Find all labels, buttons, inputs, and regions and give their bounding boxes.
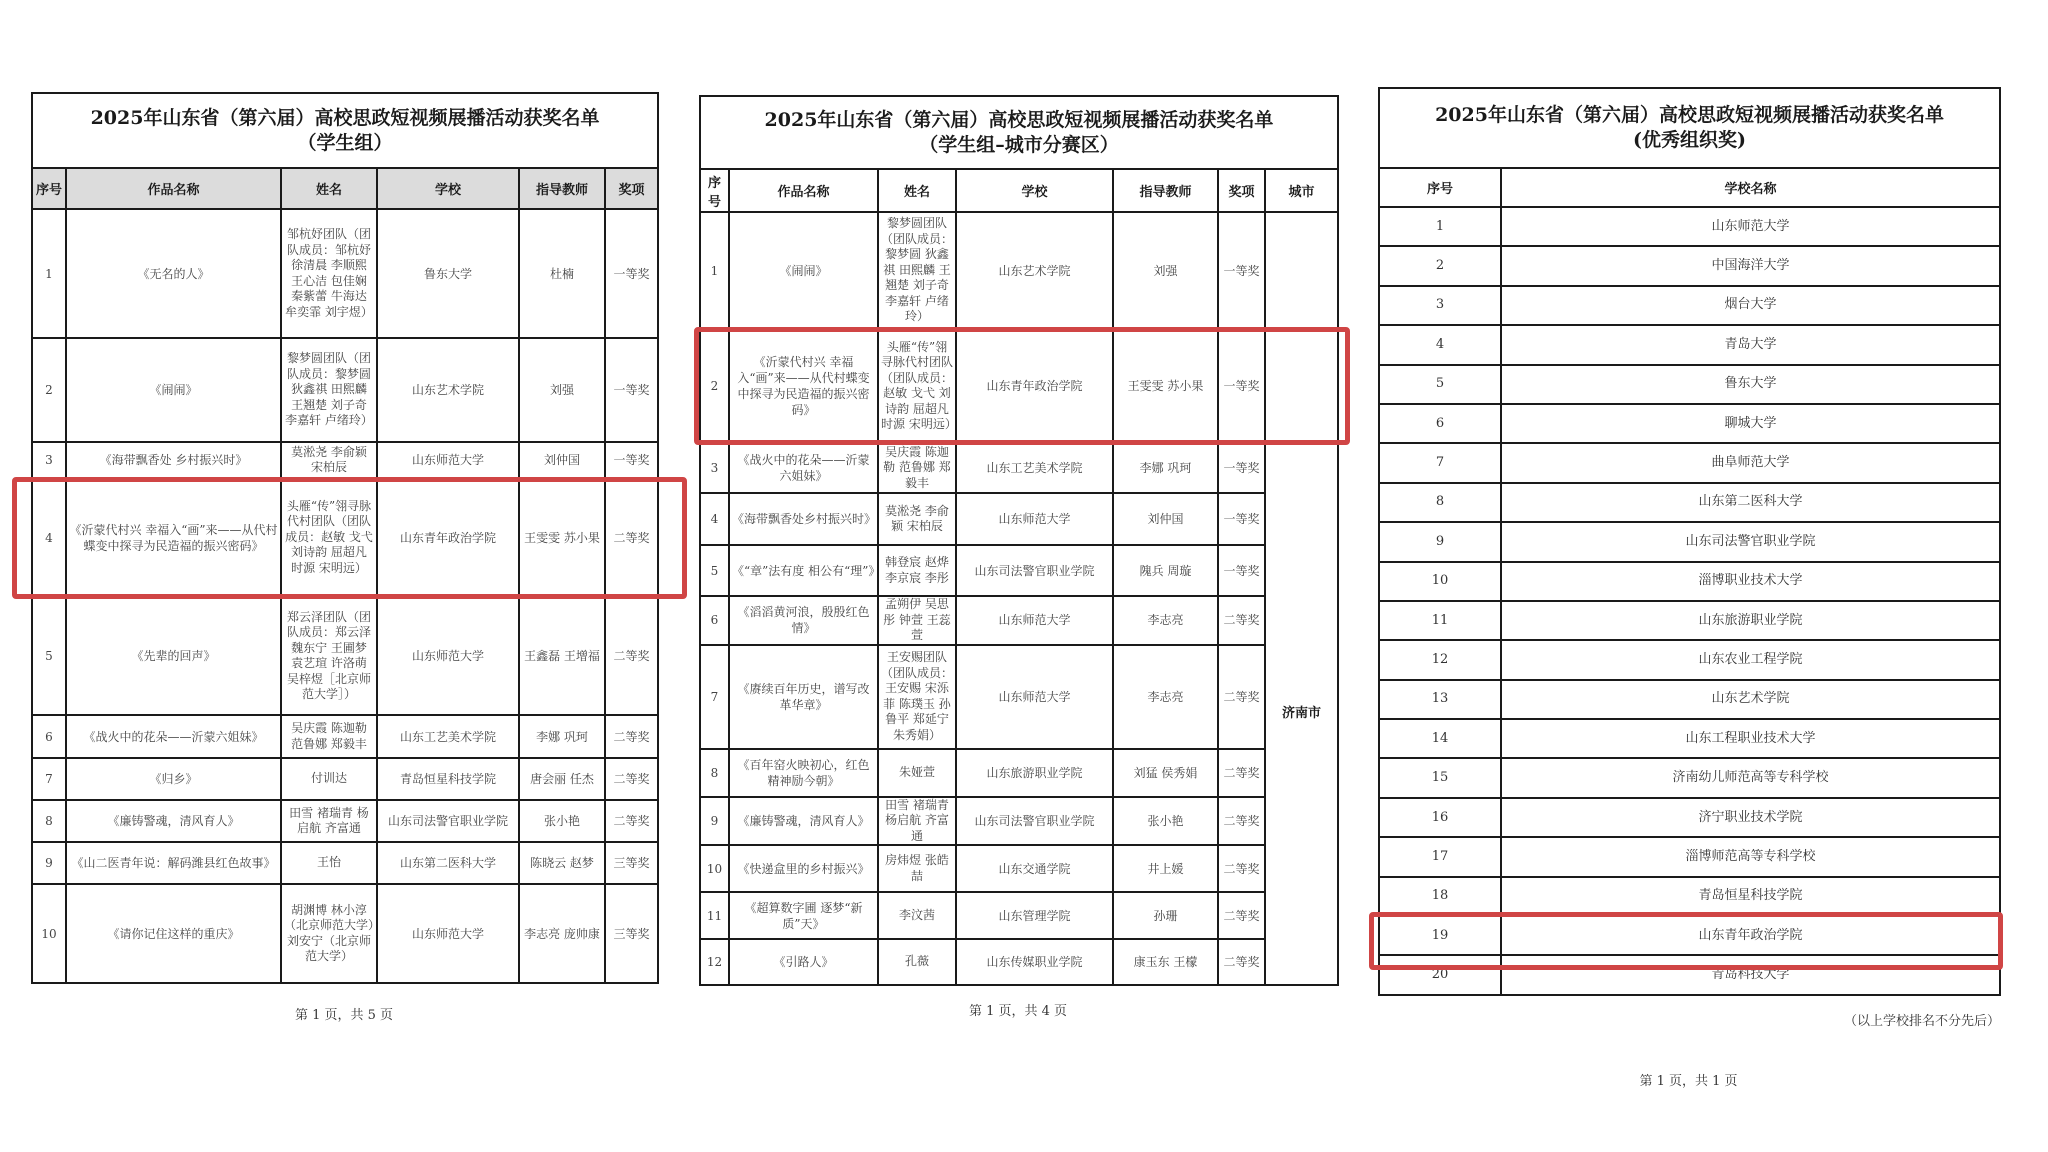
school-name: 山东师范大学 bbox=[377, 442, 519, 478]
table-row: 2中国海洋大学 bbox=[1379, 246, 2000, 285]
row-number: 11 bbox=[700, 892, 729, 939]
advisor-names: 孙珊 bbox=[1113, 892, 1218, 939]
school-name: 山东师范大学 bbox=[956, 596, 1113, 645]
award-table-organization: 2025年山东省（第六届）高校思政短视频展播活动获奖名单(优秀组织奖) 序号 学… bbox=[1378, 87, 2001, 996]
school-name: 山东司法警官职业学院 bbox=[956, 797, 1113, 846]
school-name: 山东工程职业技术大学 bbox=[1501, 719, 2000, 758]
table-row: 5《先辈的回声》郑云泽团队（团队成员：郑云泽 魏东宁 王圃梦 袁艺瑄 许洛萌 吴… bbox=[32, 597, 658, 715]
participant-names: 李汶茜 bbox=[878, 892, 956, 939]
table-row: 19山东青年政治学院 bbox=[1379, 916, 2000, 955]
sheet-student-group: 2025年山东省（第六届）高校思政短视频展播活动获奖名单（学生组） 序号 作品名… bbox=[31, 92, 657, 984]
school-name: 淄博职业技术大学 bbox=[1501, 562, 2000, 601]
school-name: 山东传媒职业学院 bbox=[956, 939, 1113, 985]
row-number: 6 bbox=[32, 715, 66, 758]
school-name: 山东司法警官职业学院 bbox=[377, 800, 519, 842]
table-row: 10《请你记住这样的重庆》胡渊博 林小淳（北京师范大学）刘安宁（北京师范大学）山… bbox=[32, 884, 658, 983]
work-title: 《海带飘香处 乡村振兴时》 bbox=[66, 442, 281, 478]
table-row: 10《快递盒里的乡村振兴》房炜煜 张皓喆山东交通学院井上媛二等奖 bbox=[700, 845, 1338, 892]
work-title: 《战火中的花朵——沂蒙六姐妹》 bbox=[729, 443, 878, 493]
school-name: 山东工艺美术学院 bbox=[377, 715, 519, 758]
table-row: 7《归乡》付训达青岛恒星科技学院唐会丽 任杰二等奖 bbox=[32, 758, 658, 800]
award-level: 二等奖 bbox=[1218, 596, 1265, 645]
row-number: 10 bbox=[32, 884, 66, 983]
participant-names: 田雪 褚瑞青 杨启航 齐富通 bbox=[878, 797, 956, 846]
row-number: 5 bbox=[700, 545, 729, 596]
advisor-names: 隗兵 周璇 bbox=[1113, 545, 1218, 596]
row-number: 5 bbox=[32, 597, 66, 715]
table-row: 4《沂蒙代村兴 幸福入“画”来——从代村蝶变中探寻为民造福的振兴密码》头雁“传”… bbox=[32, 478, 658, 597]
work-title: 《沂蒙代村兴 幸福入“画”来——从代村蝶变中探寻为民造福的振兴密码》 bbox=[729, 329, 878, 443]
row-number: 7 bbox=[700, 645, 729, 749]
award-level: 二等奖 bbox=[1218, 845, 1265, 892]
table-row: 1山东师范大学 bbox=[1379, 207, 2000, 246]
table-row: 6《战火中的花朵——沂蒙六姐妹》吴庆霞 陈迦勒 范鲁娜 郑毅丰山东工艺美术学院李… bbox=[32, 715, 658, 758]
award-level: 一等奖 bbox=[1218, 212, 1265, 329]
table-row: 8《廉铸警魂，清风育人》田雪 褚瑞青 杨启航 齐富通山东司法警官职业学院张小艳二… bbox=[32, 800, 658, 842]
advisor-names: 康玉东 王檬 bbox=[1113, 939, 1218, 985]
row-number: 2 bbox=[700, 329, 729, 443]
row-number: 17 bbox=[1379, 837, 1501, 876]
school-name: 山东师范大学 bbox=[377, 597, 519, 715]
advisor-names: 李娜 巩珂 bbox=[519, 715, 605, 758]
advisor-names: 李志亮 bbox=[1113, 645, 1218, 749]
sheet-title: 2025年山东省（第六届）高校思政短视频展播活动获奖名单（学生组） bbox=[32, 93, 658, 168]
school-name: 山东师范大学 bbox=[956, 645, 1113, 749]
row-number: 12 bbox=[1379, 640, 1501, 679]
advisor-names: 刘仲国 bbox=[519, 442, 605, 478]
row-number: 18 bbox=[1379, 877, 1501, 916]
table-row: 6《滔滔黄河浪，殷殷红色情》孟朔伊 吴思彤 钟萱 王蕊萱山东师范大学李志亮二等奖 bbox=[700, 596, 1338, 645]
sheet-subtitle: (优秀组织奖) bbox=[1380, 128, 1999, 153]
work-title: 《赓续百年历史，谱写改革华章》 bbox=[729, 645, 878, 749]
work-title: 《廉铸警魂，清风育人》 bbox=[66, 800, 281, 842]
school-name: 烟台大学 bbox=[1501, 286, 2000, 325]
row-number: 6 bbox=[700, 596, 729, 645]
participant-names: 吴庆霞 陈迦勒 范鲁娜 郑毅丰 bbox=[878, 443, 956, 493]
school-name: 淄博师范高等专科学校 bbox=[1501, 837, 2000, 876]
advisor-names: 刘强 bbox=[1113, 212, 1218, 329]
col-header-work: 作品名称 bbox=[729, 169, 878, 212]
sheet-subtitle: （学生组） bbox=[33, 131, 657, 156]
school-name: 山东师范大学 bbox=[377, 884, 519, 983]
advisor-names: 陈晓云 赵梦 bbox=[519, 842, 605, 884]
award-table-city-division: 2025年山东省（第六届）高校思政短视频展播活动获奖名单（学生组–城市分赛区） … bbox=[699, 95, 1339, 986]
participant-names: 胡渊博 林小淳（北京师范大学）刘安宁（北京师范大学） bbox=[281, 884, 377, 983]
participant-names: 房炜煜 张皓喆 bbox=[878, 845, 956, 892]
col-header-teacher: 指导教师 bbox=[519, 168, 605, 209]
table-row: 2《闹闹》黎梦圆团队（团队成员：黎梦圆 狄鑫祺 田熙麟 王翘楚 刘子奇 李嘉轩 … bbox=[32, 338, 658, 442]
table-row: 5鲁东大学 bbox=[1379, 365, 2000, 404]
participant-names: 头雁“传”翎寻脉代村团队（团队成员：赵敏 戈弋 刘诗韵 屈超凡 时源 宋明远） bbox=[281, 478, 377, 597]
page-footer: 第 1 页，共 1 页 bbox=[1378, 1070, 1999, 1089]
work-title: 《海带飘香处乡村振兴时》 bbox=[729, 493, 878, 545]
row-number: 5 bbox=[1379, 365, 1501, 404]
work-title: 《“章”法有度 相公有“理”》 bbox=[729, 545, 878, 596]
sheet-subtitle: （学生组–城市分赛区） bbox=[701, 133, 1337, 158]
award-level: 二等奖 bbox=[1218, 797, 1265, 846]
col-header-city: 城市 bbox=[1265, 169, 1338, 212]
school-name: 中国海洋大学 bbox=[1501, 246, 2000, 285]
col-header-award: 奖项 bbox=[1218, 169, 1265, 212]
table-row: 14山东工程职业技术大学 bbox=[1379, 719, 2000, 758]
table-row: 11山东旅游职业学院 bbox=[1379, 601, 2000, 640]
advisor-names: 刘仲国 bbox=[1113, 493, 1218, 545]
table-row: 3《战火中的花朵——沂蒙六姐妹》吴庆霞 陈迦勒 范鲁娜 郑毅丰山东工艺美术学院李… bbox=[700, 443, 1338, 493]
school-name: 青岛恒星科技学院 bbox=[1501, 877, 2000, 916]
participant-names: 邹杭妤团队（团队成员：邹杭妤 徐清晨 李顺熙 王心洁 包佳娴 秦紫蕾 牛海达 牟… bbox=[281, 209, 377, 338]
award-level: 二等奖 bbox=[1218, 939, 1265, 985]
work-title: 《滔滔黄河浪，殷殷红色情》 bbox=[729, 596, 878, 645]
table-row: 11《超算数字圃 逐梦“新质”天》李汶茜山东管理学院孙珊二等奖 bbox=[700, 892, 1338, 939]
award-level: 二等奖 bbox=[1218, 645, 1265, 749]
advisor-names: 张小艳 bbox=[1113, 797, 1218, 846]
advisor-names: 李志亮 bbox=[1113, 596, 1218, 645]
table-row: 17淄博师范高等专科学校 bbox=[1379, 837, 2000, 876]
row-number: 4 bbox=[1379, 325, 1501, 364]
ranking-note: （以上学校排名不分先后） bbox=[1700, 1010, 2000, 1029]
row-number: 8 bbox=[32, 800, 66, 842]
award-level: 三等奖 bbox=[605, 842, 658, 884]
school-name: 聊城大学 bbox=[1501, 404, 2000, 443]
row-number: 2 bbox=[1379, 246, 1501, 285]
row-number: 8 bbox=[1379, 483, 1501, 522]
col-header-no: 序号 bbox=[32, 168, 66, 209]
table-row: 5《“章”法有度 相公有“理”》韩登宸 赵烨 李京宸 李彤山东司法警官职业学院隗… bbox=[700, 545, 1338, 596]
sheet-organization-award: 2025年山东省（第六届）高校思政短视频展播活动获奖名单(优秀组织奖) 序号 学… bbox=[1378, 87, 1999, 996]
row-number: 7 bbox=[1379, 443, 1501, 482]
row-number: 8 bbox=[700, 749, 729, 797]
advisor-names: 李志亮 庞帅康 bbox=[519, 884, 605, 983]
school-name: 山东师范大学 bbox=[956, 493, 1113, 545]
city-name: 济南市 bbox=[1265, 443, 1338, 985]
row-number: 10 bbox=[1379, 562, 1501, 601]
table-row: 4《海带飘香处乡村振兴时》莫淞尧 李俞颖 宋柏辰山东师范大学刘仲国一等奖 bbox=[700, 493, 1338, 545]
work-title: 《快递盒里的乡村振兴》 bbox=[729, 845, 878, 892]
row-number: 11 bbox=[1379, 601, 1501, 640]
row-number: 4 bbox=[32, 478, 66, 597]
school-name: 山东师范大学 bbox=[1501, 207, 2000, 246]
col-header-school: 学校 bbox=[377, 168, 519, 209]
participant-names: 孔薇 bbox=[878, 939, 956, 985]
row-number: 6 bbox=[1379, 404, 1501, 443]
school-name: 山东工艺美术学院 bbox=[956, 443, 1113, 493]
participant-names: 田雪 褚瑞青 杨启航 齐富通 bbox=[281, 800, 377, 842]
work-title: 《闹闹》 bbox=[729, 212, 878, 329]
table-row: 1《闹闹》黎梦圆团队（团队成员：黎梦圆 狄鑫祺 田熙麟 王翘楚 刘子奇 李嘉轩 … bbox=[700, 212, 1338, 329]
page-footer: 第 1 页，共 4 页 bbox=[699, 1000, 1337, 1019]
school-name: 山东旅游职业学院 bbox=[956, 749, 1113, 797]
table-row: 9《廉铸警魂，清风育人》田雪 褚瑞青 杨启航 齐富通山东司法警官职业学院张小艳二… bbox=[700, 797, 1338, 846]
col-header-no: 序号 bbox=[700, 169, 729, 212]
work-title: 《引路人》 bbox=[729, 939, 878, 985]
award-level: 二等奖 bbox=[1218, 749, 1265, 797]
table-row: 18青岛恒星科技学院 bbox=[1379, 877, 2000, 916]
sheet-city-division: 2025年山东省（第六届）高校思政短视频展播活动获奖名单（学生组–城市分赛区） … bbox=[699, 95, 1337, 986]
row-number: 3 bbox=[1379, 286, 1501, 325]
award-level: 二等奖 bbox=[605, 478, 658, 597]
school-name: 山东旅游职业学院 bbox=[1501, 601, 2000, 640]
table-row: 12山东农业工程学院 bbox=[1379, 640, 2000, 679]
row-number: 15 bbox=[1379, 758, 1501, 797]
col-header-names: 姓名 bbox=[878, 169, 956, 212]
award-level: 一等奖 bbox=[1218, 545, 1265, 596]
work-title: 《请你记住这样的重庆》 bbox=[66, 884, 281, 983]
participant-names: 莫淞尧 李俞颖 宋柏辰 bbox=[281, 442, 377, 478]
award-level: 一等奖 bbox=[1218, 443, 1265, 493]
table-row: 4青岛大学 bbox=[1379, 325, 2000, 364]
award-level: 一等奖 bbox=[605, 442, 658, 478]
award-level: 二等奖 bbox=[605, 800, 658, 842]
col-header-award: 奖项 bbox=[605, 168, 658, 209]
school-name: 山东青年政治学院 bbox=[377, 478, 519, 597]
participant-names: 郑云泽团队（团队成员：郑云泽 魏东宁 王圃梦 袁艺瑄 许洛萌 吴梓煜［北京师范大… bbox=[281, 597, 377, 715]
row-number: 1 bbox=[1379, 207, 1501, 246]
work-title: 《闹闹》 bbox=[66, 338, 281, 442]
col-header-names: 姓名 bbox=[281, 168, 377, 209]
row-number: 9 bbox=[32, 842, 66, 884]
school-name: 山东管理学院 bbox=[956, 892, 1113, 939]
row-number: 20 bbox=[1379, 955, 1501, 994]
work-title: 《先辈的回声》 bbox=[66, 597, 281, 715]
participant-names: 孟朔伊 吴思彤 钟萱 王蕊萱 bbox=[878, 596, 956, 645]
table-header-row: 序号 学校名称 bbox=[1379, 168, 2000, 207]
work-title: 《战火中的花朵——沂蒙六姐妹》 bbox=[66, 715, 281, 758]
award-level: 二等奖 bbox=[605, 758, 658, 800]
table-header-row: 序号 作品名称 姓名 学校 指导教师 奖项 城市 bbox=[700, 169, 1338, 212]
school-name: 曲阜师范大学 bbox=[1501, 443, 2000, 482]
work-title: 《归乡》 bbox=[66, 758, 281, 800]
row-number: 7 bbox=[32, 758, 66, 800]
participant-names: 韩登宸 赵烨 李京宸 李彤 bbox=[878, 545, 956, 596]
school-name: 山东司法警官职业学院 bbox=[956, 545, 1113, 596]
row-number: 2 bbox=[32, 338, 66, 442]
table-row: 9山东司法警官职业学院 bbox=[1379, 522, 2000, 561]
table-row: 20青岛科技大学 bbox=[1379, 955, 2000, 994]
award-level: 一等奖 bbox=[605, 338, 658, 442]
school-name: 青岛恒星科技学院 bbox=[377, 758, 519, 800]
table-row: 16济宁职业技术学院 bbox=[1379, 798, 2000, 837]
participant-names: 朱娅萱 bbox=[878, 749, 956, 797]
row-number: 4 bbox=[700, 493, 729, 545]
row-number: 3 bbox=[32, 442, 66, 478]
row-number: 10 bbox=[700, 845, 729, 892]
row-number: 9 bbox=[700, 797, 729, 846]
participant-names: 莫淞尧 李俞颖 宋柏辰 bbox=[878, 493, 956, 545]
advisor-names: 井上媛 bbox=[1113, 845, 1218, 892]
work-title: 《廉铸警魂，清风育人》 bbox=[729, 797, 878, 846]
award-level: 一等奖 bbox=[605, 209, 658, 338]
work-title: 《沂蒙代村兴 幸福入“画”来——从代村蝶变中探寻为民造福的振兴密码》 bbox=[66, 478, 281, 597]
row-number: 1 bbox=[700, 212, 729, 329]
row-number: 14 bbox=[1379, 719, 1501, 758]
table-row: 9《山二医青年说：解码潍县红色故事》王怡山东第二医科大学陈晓云 赵梦三等奖 bbox=[32, 842, 658, 884]
award-level: 三等奖 bbox=[605, 884, 658, 983]
row-number: 19 bbox=[1379, 916, 1501, 955]
award-level: 一等奖 bbox=[1218, 329, 1265, 443]
col-header-no: 序号 bbox=[1379, 168, 1501, 207]
page-footer: 第 1 页，共 5 页 bbox=[31, 1004, 657, 1023]
participant-names: 付训达 bbox=[281, 758, 377, 800]
col-header-teacher: 指导教师 bbox=[1113, 169, 1218, 212]
advisor-names: 王鑫磊 王增福 bbox=[519, 597, 605, 715]
table-row: 3《海带飘香处 乡村振兴时》莫淞尧 李俞颖 宋柏辰山东师范大学刘仲国一等奖 bbox=[32, 442, 658, 478]
school-name: 山东交通学院 bbox=[956, 845, 1113, 892]
col-header-school: 学校名称 bbox=[1501, 168, 2000, 207]
participant-names: 王怡 bbox=[281, 842, 377, 884]
table-row: 10淄博职业技术大学 bbox=[1379, 562, 2000, 601]
table-row: 13山东艺术学院 bbox=[1379, 680, 2000, 719]
school-name: 山东第二医科大学 bbox=[377, 842, 519, 884]
table-row: 3烟台大学 bbox=[1379, 286, 2000, 325]
table-row: 7曲阜师范大学 bbox=[1379, 443, 2000, 482]
award-level: 二等奖 bbox=[605, 597, 658, 715]
col-header-school: 学校 bbox=[956, 169, 1113, 212]
school-name: 济南幼儿师范高等专科学校 bbox=[1501, 758, 2000, 797]
advisor-names: 王雯雯 苏小果 bbox=[519, 478, 605, 597]
table-row: 6聊城大学 bbox=[1379, 404, 2000, 443]
table-row: 12《引路人》孔薇山东传媒职业学院康玉东 王檬二等奖 bbox=[700, 939, 1338, 985]
award-level: 一等奖 bbox=[1218, 493, 1265, 545]
work-title: 《山二医青年说：解码潍县红色故事》 bbox=[66, 842, 281, 884]
advisor-names: 刘强 bbox=[519, 338, 605, 442]
school-name: 山东青年政治学院 bbox=[956, 329, 1113, 443]
advisor-names: 王雯雯 苏小果 bbox=[1113, 329, 1218, 443]
school-name: 鲁东大学 bbox=[1501, 365, 2000, 404]
row-number: 1 bbox=[32, 209, 66, 338]
table-header-row: 序号 作品名称 姓名 学校 指导教师 奖项 bbox=[32, 168, 658, 209]
school-name: 山东艺术学院 bbox=[377, 338, 519, 442]
table-row: 2《沂蒙代村兴 幸福入“画”来——从代村蝶变中探寻为民造福的振兴密码》头雁“传”… bbox=[700, 329, 1338, 443]
table-row: 8《百年窑火映初心，红色精神励今朝》朱娅萱山东旅游职业学院刘猛 侯秀娟二等奖 bbox=[700, 749, 1338, 797]
col-header-work: 作品名称 bbox=[66, 168, 281, 209]
table-row: 8山东第二医科大学 bbox=[1379, 483, 2000, 522]
row-number: 12 bbox=[700, 939, 729, 985]
school-name: 山东第二医科大学 bbox=[1501, 483, 2000, 522]
work-title: 《百年窑火映初心，红色精神励今朝》 bbox=[729, 749, 878, 797]
school-name: 山东司法警官职业学院 bbox=[1501, 522, 2000, 561]
award-table-student-group: 2025年山东省（第六届）高校思政短视频展播活动获奖名单（学生组） 序号 作品名… bbox=[31, 92, 659, 984]
table-row: 15济南幼儿师范高等专科学校 bbox=[1379, 758, 2000, 797]
school-name: 青岛大学 bbox=[1501, 325, 2000, 364]
participant-names: 黎梦圆团队（团队成员：黎梦圆 狄鑫祺 田熙麟 王翘楚 刘子奇 李嘉轩 卢绪玲） bbox=[281, 338, 377, 442]
advisor-names: 张小艳 bbox=[519, 800, 605, 842]
school-name: 济宁职业技术学院 bbox=[1501, 798, 2000, 837]
advisor-names: 杜楠 bbox=[519, 209, 605, 338]
participant-names: 王安赐团队（团队成员：王安赐 宋泺菲 陈璞玉 孙鲁平 郑延宁 朱秀娟） bbox=[878, 645, 956, 749]
advisor-names: 刘猛 侯秀娟 bbox=[1113, 749, 1218, 797]
school-name: 鲁东大学 bbox=[377, 209, 519, 338]
advisor-names: 李娜 巩珂 bbox=[1113, 443, 1218, 493]
sheet-title: 2025年山东省（第六届）高校思政短视频展播活动获奖名单(优秀组织奖) bbox=[1379, 88, 2000, 168]
table-row: 1《无名的人》邹杭妤团队（团队成员：邹杭妤 徐清晨 李顺熙 王心洁 包佳娴 秦紫… bbox=[32, 209, 658, 338]
award-level: 二等奖 bbox=[1218, 892, 1265, 939]
table-row: 7《赓续百年历史，谱写改革华章》王安赐团队（团队成员：王安赐 宋泺菲 陈璞玉 孙… bbox=[700, 645, 1338, 749]
work-title: 《无名的人》 bbox=[66, 209, 281, 338]
school-name: 青岛科技大学 bbox=[1501, 955, 2000, 994]
row-number: 13 bbox=[1379, 680, 1501, 719]
award-level: 二等奖 bbox=[605, 715, 658, 758]
school-name: 山东青年政治学院 bbox=[1501, 916, 2000, 955]
work-title: 《超算数字圃 逐梦“新质”天》 bbox=[729, 892, 878, 939]
participant-names: 头雁“传”翎寻脉代村团队（团队成员：赵敏 戈弋 刘诗韵 屈超凡 时源 宋明远） bbox=[878, 329, 956, 443]
school-name: 山东艺术学院 bbox=[1501, 680, 2000, 719]
sheet-title: 2025年山东省（第六届）高校思政短视频展播活动获奖名单（学生组–城市分赛区） bbox=[700, 96, 1338, 169]
row-number: 16 bbox=[1379, 798, 1501, 837]
participant-names: 吴庆霞 陈迦勒 范鲁娜 郑毅丰 bbox=[281, 715, 377, 758]
row-number: 9 bbox=[1379, 522, 1501, 561]
row-number: 3 bbox=[700, 443, 729, 493]
advisor-names: 唐会丽 任杰 bbox=[519, 758, 605, 800]
school-name: 山东艺术学院 bbox=[956, 212, 1113, 329]
participant-names: 黎梦圆团队（团队成员：黎梦圆 狄鑫祺 田熙麟 王翘楚 刘子奇 李嘉轩 卢绪玲） bbox=[878, 212, 956, 329]
school-name: 山东农业工程学院 bbox=[1501, 640, 2000, 679]
